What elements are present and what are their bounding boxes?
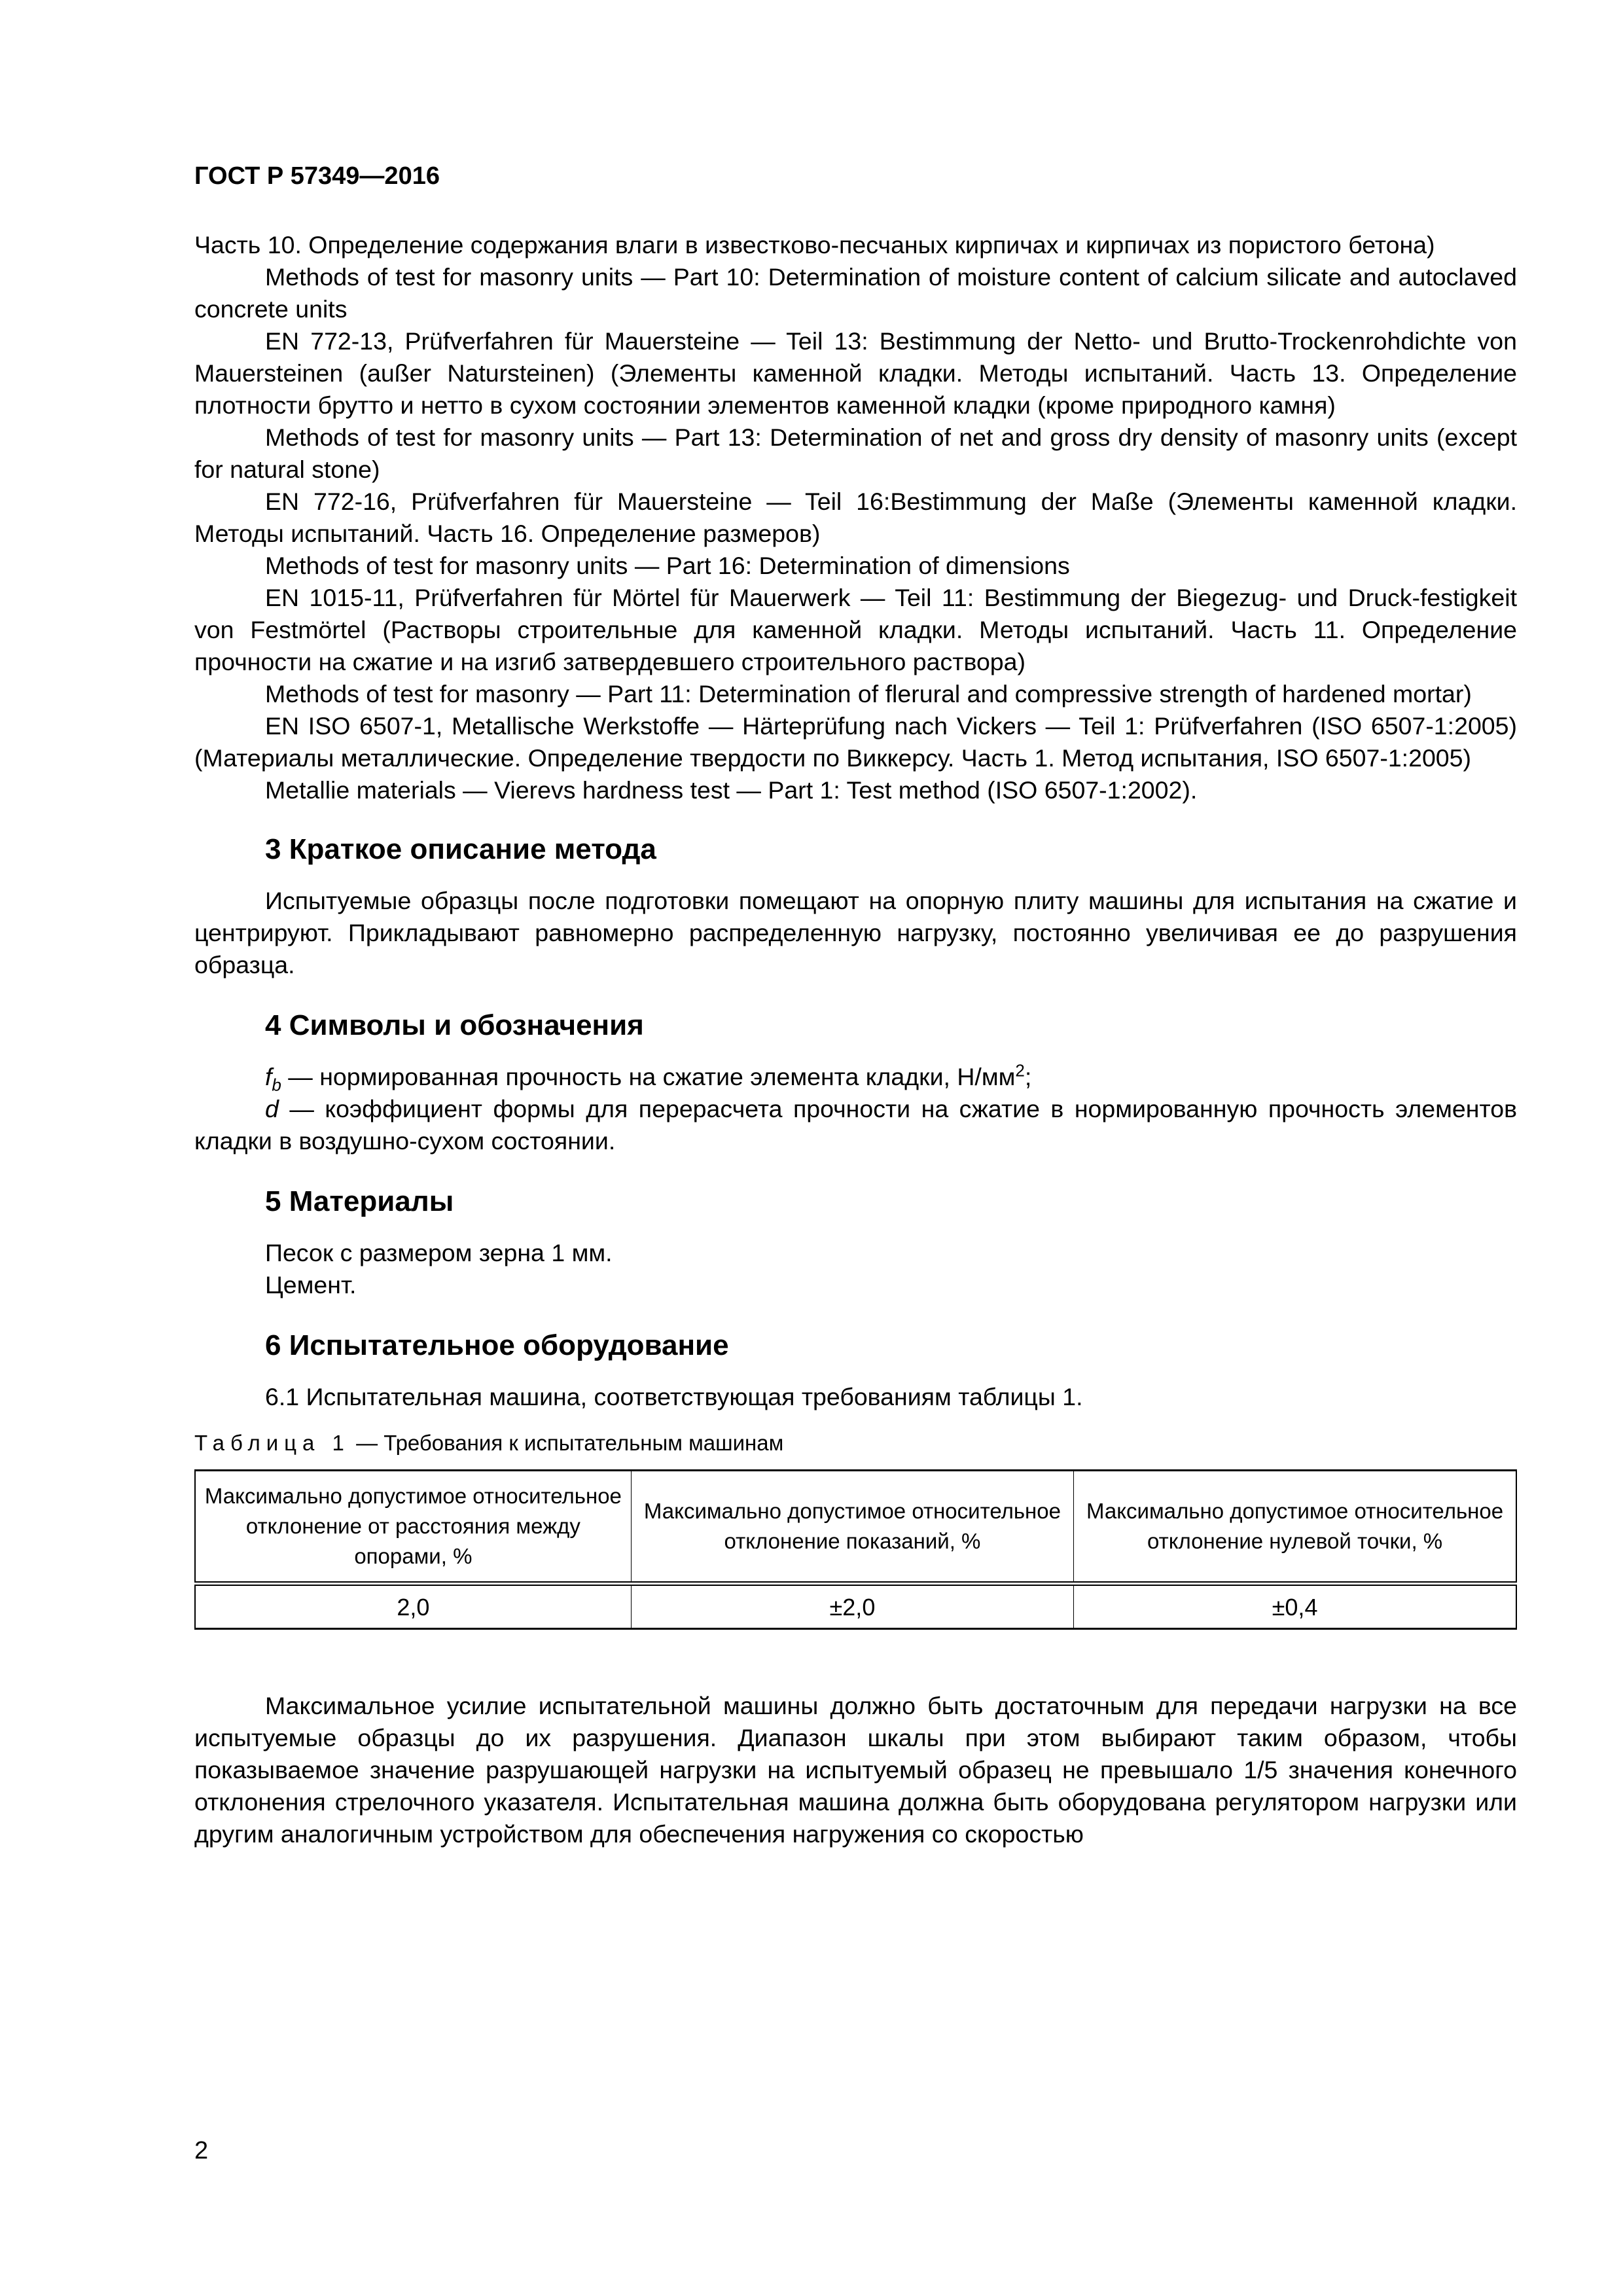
table-caption-label: Таблица 1 xyxy=(194,1431,350,1455)
reference-item: EN 772-16, Prüfverfahren für Mauersteine… xyxy=(194,486,1517,550)
symbol-d: d xyxy=(265,1095,279,1122)
normative-references: Часть 10. Определение содержания влаги в… xyxy=(194,229,1517,806)
reference-item: Metallie materials — Vierevs hardness te… xyxy=(194,774,1517,806)
symbols-list: fb — нормированная прочность на сжатие э… xyxy=(194,1061,1517,1157)
document-body: Часть 10. Определение содержания влаги в… xyxy=(194,229,1517,1850)
material-item: Цемент. xyxy=(194,1269,1517,1301)
reference-item: Methods of test for masonry units — Part… xyxy=(194,261,1517,325)
reference-item: EN 772-13, Prüfverfahren für Mauersteine… xyxy=(194,325,1517,422)
section-3-heading: 3 Краткое описание метода xyxy=(194,831,1517,868)
reference-item: Methods of test for masonry units — Part… xyxy=(194,550,1517,582)
reference-item: EN 1015-11, Prüfverfahren für Mörtel für… xyxy=(194,582,1517,678)
symbol-fb-text: — нормированная прочность на сжатие элем… xyxy=(281,1063,1016,1090)
symbol-fb-subscript: b xyxy=(272,1075,281,1095)
section-6-paragraph: Максимальное усилие испытательной машины… xyxy=(194,1690,1517,1850)
reference-item: Часть 10. Определение содержания влаги в… xyxy=(194,229,1517,261)
table-header-cell: Максимально допустимое относительное отк… xyxy=(631,1471,1073,1584)
table-cell: ±2,0 xyxy=(631,1584,1073,1629)
clause-6-1: 6.1 Испытательная машина, соответствующа… xyxy=(194,1381,1517,1413)
unit-superscript: 2 xyxy=(1015,1061,1024,1081)
symbol-d-text: — коэффициент формы для перерасчета проч… xyxy=(194,1095,1517,1155)
requirements-table: Максимально допустимое относительное отк… xyxy=(194,1469,1517,1630)
reference-item: Methods of test for masonry — Part 11: D… xyxy=(194,678,1517,710)
symbol-fb: f xyxy=(265,1063,272,1090)
table-cell: 2,0 xyxy=(195,1584,631,1629)
symbol-d-definition: d — коэффициент формы для перерасчета пр… xyxy=(194,1093,1517,1157)
section-3-text: Испытуемые образцы после подготовки поме… xyxy=(194,885,1517,981)
reference-item: Methods of test for masonry units — Part… xyxy=(194,422,1517,486)
table-header-row: Максимально допустимое относительное отк… xyxy=(195,1471,1516,1584)
table-cell: ±0,4 xyxy=(1074,1584,1516,1629)
table-caption-text: — Требования к испытательным машинам xyxy=(350,1431,783,1455)
section-4-heading: 4 Символы и обозначения xyxy=(194,1007,1517,1044)
symbol-fb-definition: fb — нормированная прочность на сжатие э… xyxy=(194,1061,1517,1093)
material-item: Песок с размером зерна 1 мм. xyxy=(194,1237,1517,1269)
table-row: 2,0 ±2,0 ±0,4 xyxy=(195,1584,1516,1629)
document-header-id: ГОСТ Р 57349—2016 xyxy=(194,162,440,190)
table-header-cell: Максимально допустимое относительное отк… xyxy=(195,1471,631,1584)
materials-list: Песок с размером зерна 1 мм. Цемент. xyxy=(194,1237,1517,1301)
reference-item: EN ISO 6507-1, Metallische Werkstoffe — … xyxy=(194,710,1517,774)
table-header-cell: Максимально допустимое относительное отк… xyxy=(1074,1471,1516,1584)
page-number: 2 xyxy=(194,2137,208,2165)
table-caption: Таблица 1 — Требования к испытательным м… xyxy=(194,1430,1517,1456)
section-5-heading: 5 Материалы xyxy=(194,1183,1517,1220)
section-6-heading: 6 Испытательное оборудование xyxy=(194,1327,1517,1364)
symbol-fb-end: ; xyxy=(1025,1063,1031,1090)
